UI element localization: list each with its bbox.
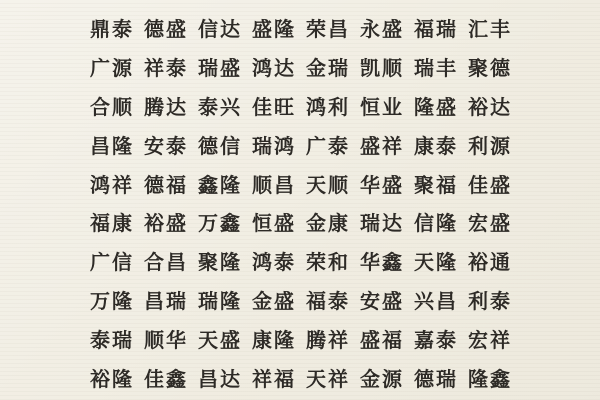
- name-row: 万隆昌瑞瑞隆金盛福泰安盛兴昌利泰: [0, 288, 600, 316]
- name-item: 永盛: [360, 16, 404, 44]
- name-item: 天顺: [306, 172, 350, 200]
- name-item: 盛祥: [360, 133, 404, 161]
- name-row: 鼎泰德盛信达盛隆荣昌永盛福瑞汇丰: [0, 16, 600, 44]
- name-item: 华鑫: [360, 249, 404, 277]
- name-row: 鸿祥德福鑫隆顺昌天顺华盛聚福佳盛: [0, 172, 600, 200]
- name-item: 万隆: [90, 288, 134, 316]
- name-item: 泰瑞: [90, 327, 134, 355]
- name-item: 瑞盛: [198, 55, 242, 83]
- name-item: 瑞隆: [198, 288, 242, 316]
- name-grid: 鼎泰德盛信达盛隆荣昌永盛福瑞汇丰广源祥泰瑞盛鸿达金瑞凯顺瑞丰聚德合顺腾达泰兴佳旺…: [0, 0, 600, 400]
- name-row: 裕隆佳鑫昌达祥福天祥金源德瑞隆鑫: [0, 366, 600, 394]
- name-item: 合昌: [144, 249, 188, 277]
- name-item: 祥福: [252, 366, 296, 394]
- name-item: 鑫隆: [198, 172, 242, 200]
- name-item: 福康: [90, 210, 134, 238]
- name-item: 安盛: [360, 288, 404, 316]
- name-item: 聚福: [414, 172, 458, 200]
- name-item: 天隆: [414, 249, 458, 277]
- name-item: 顺华: [144, 327, 188, 355]
- name-item: 康隆: [252, 327, 296, 355]
- name-item: 盛隆: [252, 16, 296, 44]
- name-item: 金源: [360, 366, 404, 394]
- name-item: 泰兴: [198, 94, 242, 122]
- name-item: 昌隆: [90, 133, 134, 161]
- name-row: 福康裕盛万鑫恒盛金康瑞达信隆宏盛: [0, 210, 600, 238]
- name-item: 德盛: [144, 16, 188, 44]
- name-item: 瑞丰: [414, 55, 458, 83]
- name-item: 万鑫: [198, 210, 242, 238]
- name-item: 恒业: [360, 94, 404, 122]
- name-item: 佳鑫: [144, 366, 188, 394]
- name-item: 隆盛: [414, 94, 458, 122]
- name-item: 荣和: [306, 249, 350, 277]
- name-row: 广信合昌聚隆鸿泰荣和华鑫天隆裕通: [0, 249, 600, 277]
- name-item: 佳旺: [252, 94, 296, 122]
- name-item: 利泰: [468, 288, 512, 316]
- name-item: 裕达: [468, 94, 512, 122]
- name-item: 安泰: [144, 133, 188, 161]
- name-item: 广信: [90, 249, 134, 277]
- name-item: 金瑞: [306, 55, 350, 83]
- name-item: 腾祥: [306, 327, 350, 355]
- name-item: 汇丰: [468, 16, 512, 44]
- name-item: 昌达: [198, 366, 242, 394]
- name-item: 鸿利: [306, 94, 350, 122]
- name-row: 泰瑞顺华天盛康隆腾祥盛福嘉泰宏祥: [0, 327, 600, 355]
- name-item: 腾达: [144, 94, 188, 122]
- name-item: 聚隆: [198, 249, 242, 277]
- name-item: 裕盛: [144, 210, 188, 238]
- name-item: 祥泰: [144, 55, 188, 83]
- name-item: 兴昌: [414, 288, 458, 316]
- name-row: 合顺腾达泰兴佳旺鸿利恒业隆盛裕达: [0, 94, 600, 122]
- name-item: 德信: [198, 133, 242, 161]
- name-item: 天盛: [198, 327, 242, 355]
- name-item: 鸿泰: [252, 249, 296, 277]
- name-item: 宏盛: [468, 210, 512, 238]
- name-item: 华盛: [360, 172, 404, 200]
- name-item: 宏祥: [468, 327, 512, 355]
- name-item: 德福: [144, 172, 188, 200]
- name-item: 恒盛: [252, 210, 296, 238]
- name-item: 荣昌: [306, 16, 350, 44]
- name-item: 瑞达: [360, 210, 404, 238]
- paper-background: 鼎泰德盛信达盛隆荣昌永盛福瑞汇丰广源祥泰瑞盛鸿达金瑞凯顺瑞丰聚德合顺腾达泰兴佳旺…: [0, 0, 600, 400]
- name-item: 康泰: [414, 133, 458, 161]
- name-item: 信隆: [414, 210, 458, 238]
- name-item: 福瑞: [414, 16, 458, 44]
- name-item: 顺昌: [252, 172, 296, 200]
- name-item: 德瑞: [414, 366, 458, 394]
- name-item: 信达: [198, 16, 242, 44]
- name-item: 盛福: [360, 327, 404, 355]
- name-item: 福泰: [306, 288, 350, 316]
- name-row: 昌隆安泰德信瑞鸿广泰盛祥康泰利源: [0, 133, 600, 161]
- name-item: 凯顺: [360, 55, 404, 83]
- name-item: 裕隆: [90, 366, 134, 394]
- name-item: 利源: [468, 133, 512, 161]
- name-item: 金盛: [252, 288, 296, 316]
- name-item: 佳盛: [468, 172, 512, 200]
- name-item: 裕通: [468, 249, 512, 277]
- name-item: 鼎泰: [90, 16, 134, 44]
- name-item: 金康: [306, 210, 350, 238]
- name-item: 聚德: [468, 55, 512, 83]
- name-item: 昌瑞: [144, 288, 188, 316]
- name-item: 天祥: [306, 366, 350, 394]
- name-item: 广泰: [306, 133, 350, 161]
- name-item: 瑞鸿: [252, 133, 296, 161]
- name-item: 合顺: [90, 94, 134, 122]
- name-item: 鸿达: [252, 55, 296, 83]
- name-item: 隆鑫: [468, 366, 512, 394]
- name-item: 广源: [90, 55, 134, 83]
- name-item: 嘉泰: [414, 327, 458, 355]
- name-item: 鸿祥: [90, 172, 134, 200]
- name-row: 广源祥泰瑞盛鸿达金瑞凯顺瑞丰聚德: [0, 55, 600, 83]
